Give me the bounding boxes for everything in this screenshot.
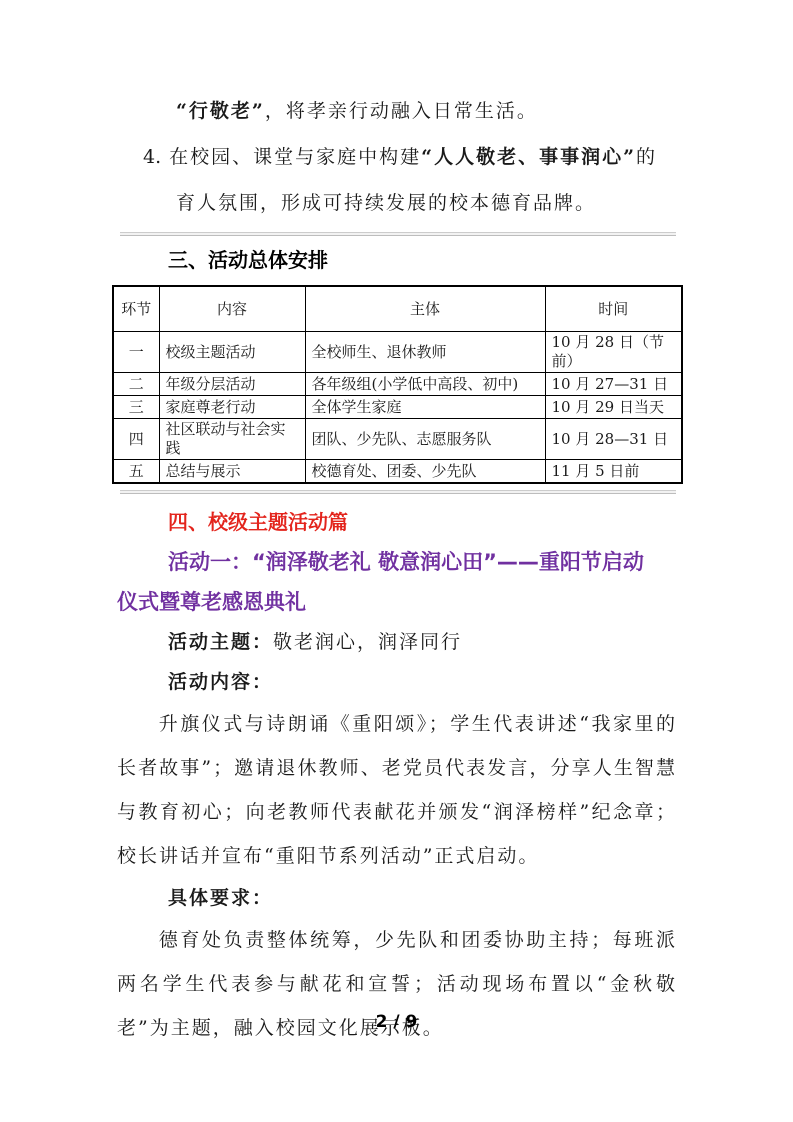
list-item-4-line-1: 4.在校园、课堂与家庭中构建“人人敬老、事事润心”的 — [117, 134, 677, 180]
activity-content-label: 活动内容： — [117, 662, 677, 702]
table-header-content: 内容 — [159, 286, 305, 332]
activity1-title-line-2: 仪式暨尊老感恩典礼 — [117, 582, 677, 622]
table-cell-phase: 二 — [113, 373, 159, 396]
table-header-time: 时间 — [545, 286, 682, 332]
activity-content-paragraph: 升旗仪式与诗朗诵《重阳颂》；学生代表讲述“我家里的长者故事”；邀请退休教师、老党… — [117, 702, 677, 878]
activity-content-label-text: 活动内容： — [168, 671, 273, 693]
table-cell-subject: 全体学生家庭 — [305, 396, 545, 419]
table-cell-content: 社区联动与社会实践 — [159, 419, 305, 460]
document-body: “行敬老”，将孝亲行动融入日常生活。 4.在校园、课堂与家庭中构建“人人敬老、事… — [0, 0, 793, 1050]
list-item-4-bold-phrase: “人人敬老、事事润心” — [421, 146, 636, 168]
table-cell-subject: 全校师生、退休教师 — [305, 332, 545, 373]
list-item-4-pre: 在校园、课堂与家庭中构建 — [169, 146, 421, 168]
intro-bold-phrase: “行敬老” — [176, 100, 265, 122]
table-header-subject: 主体 — [305, 286, 545, 332]
table-cell-time: 11 月 5 日前 — [545, 460, 682, 484]
requirements-label: 具体要求： — [117, 878, 677, 918]
table-cell-phase: 一 — [113, 332, 159, 373]
table-cell-subject: 校德育处、团委、少先队 — [305, 460, 545, 484]
table-row: 一 校级主题活动 全校师生、退休教师 10 月 28 日（节前） — [113, 332, 682, 373]
schedule-table: 环节 内容 主体 时间 一 校级主题活动 全校师生、退休教师 10 月 28 日… — [112, 285, 683, 484]
table-cell-time: 10 月 29 日当天 — [545, 396, 682, 419]
table-cell-content: 校级主题活动 — [159, 332, 305, 373]
activity-theme-label: 活动主题： — [168, 631, 273, 653]
table-cell-subject: 各年级组(小学低中高段、初中) — [305, 373, 545, 396]
table-cell-content: 年级分层活动 — [159, 373, 305, 396]
table-cell-time: 10 月 27—31 日 — [545, 373, 682, 396]
section3-title: 三、活动总体安排 — [117, 246, 677, 274]
table-row: 五 总结与展示 校德育处、团委、少先队 11 月 5 日前 — [113, 460, 682, 484]
table-cell-time: 10 月 28 日（节前） — [545, 332, 682, 373]
table-row: 四 社区联动与社会实践 团队、少先队、志愿服务队 10 月 28—31 日 — [113, 419, 682, 460]
table-cell-phase: 五 — [113, 460, 159, 484]
table-cell-content: 家庭尊老行动 — [159, 396, 305, 419]
activity1-title-line-1: 活动一：“润泽敬老礼 敬意润心田”——重阳节启动 — [117, 542, 677, 582]
requirements-label-text: 具体要求： — [168, 887, 273, 909]
section-divider-top — [120, 232, 676, 236]
activity-theme-line: 活动主题：敬老润心，润泽同行 — [117, 622, 677, 662]
table-row: 二 年级分层活动 各年级组(小学低中高段、初中) 10 月 27—31 日 — [113, 373, 682, 396]
table-cell-phase: 三 — [113, 396, 159, 419]
page-number: 2 / 9 — [0, 1012, 793, 1032]
table-row: 三 家庭尊老行动 全体学生家庭 10 月 29 日当天 — [113, 396, 682, 419]
table-cell-phase: 四 — [113, 419, 159, 460]
document-page: “行敬老”，将孝亲行动融入日常生活。 4.在校园、课堂与家庭中构建“人人敬老、事… — [0, 0, 793, 1122]
intro-line-1: “行敬老”，将孝亲行动融入日常生活。 — [117, 88, 677, 134]
list-item-4-post: 的 — [636, 146, 657, 168]
intro-line-1-rest: ，将孝亲行动融入日常生活。 — [265, 100, 538, 122]
list-item-4-number: 4. — [143, 146, 161, 168]
table-cell-time: 10 月 28—31 日 — [545, 419, 682, 460]
section4-title: 四、校级主题活动篇 — [117, 508, 677, 536]
table-cell-content: 总结与展示 — [159, 460, 305, 484]
list-item-4-line-2: 育人氛围，形成可持续发展的校本德育品牌。 — [117, 180, 677, 226]
table-header-row: 环节 内容 主体 时间 — [113, 286, 682, 332]
activity-theme-value: 敬老润心，润泽同行 — [273, 631, 462, 653]
table-header-phase: 环节 — [113, 286, 159, 332]
activity1-title: 活动一：“润泽敬老礼 敬意润心田”——重阳节启动 仪式暨尊老感恩典礼 — [117, 542, 677, 622]
section-divider-bottom — [120, 490, 676, 494]
table-cell-subject: 团队、少先队、志愿服务队 — [305, 419, 545, 460]
